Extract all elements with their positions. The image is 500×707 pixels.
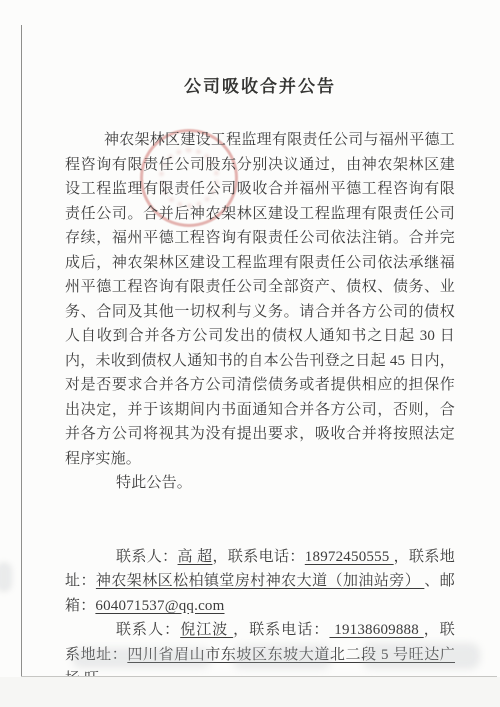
contact-segment: 倪江波 bbox=[180, 622, 233, 638]
contact-segment: 604071537@qq.com bbox=[95, 598, 224, 614]
contact-segment: 高 超 bbox=[178, 549, 213, 565]
contact-segment: ，联系电话： bbox=[233, 622, 329, 638]
page-left-fold-line bbox=[21, 25, 22, 676]
closing-line: 特此公告。 bbox=[65, 471, 455, 496]
contact-paragraph-1: 联系人：高 超，联系电话：18972450555 ，联系地址：神农架林区松柏镇堂… bbox=[65, 545, 455, 619]
contact-segment: ，联系电话： bbox=[212, 549, 304, 565]
scan-smudge bbox=[232, 645, 332, 669]
scanner-background bbox=[0, 677, 500, 707]
document-title: 公司吸收合并公告 bbox=[65, 72, 455, 97]
scan-smudge bbox=[362, 643, 480, 669]
contact-segment: 神农架林区松柏镇堂房村神农大道（加油站旁） bbox=[96, 573, 424, 589]
scan-smudge bbox=[72, 648, 212, 668]
body-paragraph: 神农架林区建设工程监理有限责任公司与福州平德工程咨询有限责任公司股东分别决议通过… bbox=[65, 128, 455, 471]
contact-segment: 联系人： bbox=[116, 549, 178, 565]
scan-smudge bbox=[0, 562, 12, 592]
contact-segment: 19138609888 bbox=[329, 622, 423, 638]
document-content: 公司吸收合并公告 神农架林区建设工程监理有限责任公司与福州平德工程咨询有限责任公… bbox=[65, 0, 455, 692]
scanned-document-page: 公司吸收合并公告 神农架林区建设工程监理有限责任公司与福州平德工程咨询有限责任公… bbox=[0, 0, 500, 707]
contact-segment: 18972450555 bbox=[305, 549, 394, 565]
contact-segment: 联系人： bbox=[116, 622, 180, 638]
